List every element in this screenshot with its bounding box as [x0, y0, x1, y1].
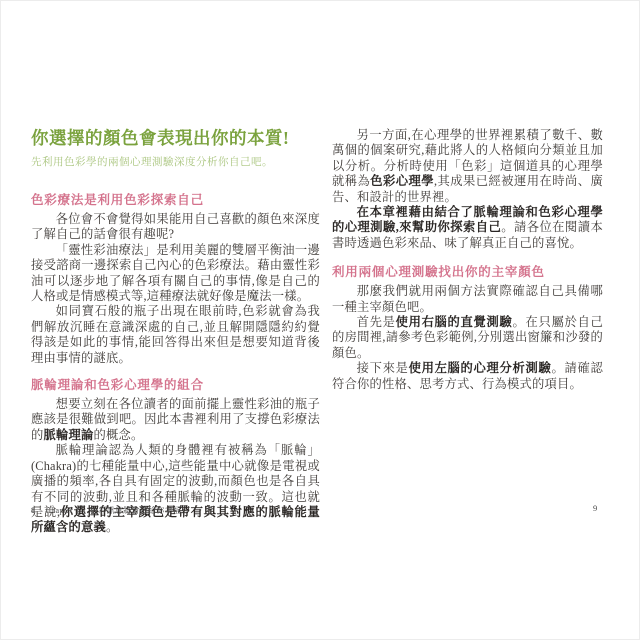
footer-page-number-right: 9	[593, 503, 597, 513]
section-heading-chakra: 脈輪理論和色彩心理學的組合	[31, 377, 320, 393]
page-title: 你選擇的顏色會表現出你的本質!	[31, 127, 320, 149]
footer-chapter-label: Chapter 1	[46, 506, 80, 515]
body-paragraph: 想要立刻在各位讀者的面前擺上靈性彩油的瓶子應該是很難做到吧。因此本書裡利用了支撐…	[31, 397, 320, 443]
body-paragraph: 如同寶石般的瓶子出現在眼前時,色彩就會為我們解放沉睡在意識深處的自己,並且解開隱…	[31, 304, 320, 366]
page-subtitle: 先利用色彩學的兩個心理測驗深度分析你自己吧。	[31, 156, 320, 169]
body-paragraph: 那麼我們就用兩個方法實際確認自己具備哪一種主宰顏色吧。	[332, 284, 603, 315]
body-paragraph: 「靈性彩油療法」是利用美麗的雙層平衡油一邊接受諮商一邊探索自己內心的色彩療法。藉…	[31, 243, 320, 305]
section-heading-color-therapy: 色彩療法是利用色彩探索自己	[31, 192, 320, 208]
left-page-footer: 8 Chapter 1 色彩訊息將會帶給你幸福!	[31, 505, 184, 516]
footer-chapter-title: 色彩訊息將會帶給你幸福!	[90, 506, 184, 515]
left-page: 你選擇的顏色會表現出你的本質! 先利用色彩學的兩個心理測驗深度分析你自己吧。 色…	[31, 127, 320, 536]
body-paragraph: 各位會不會覺得如果能用自己喜歡的顏色來深度了解自己的話會很有趣呢?	[31, 212, 320, 243]
section-heading-two-tests: 利用兩個心理測驗找出你的主宰顏色	[332, 264, 603, 280]
body-paragraph: 首先是使用右腦的直覺測驗。在只屬於自己的房間裡,請參考色彩範例,分別選出窗簾和沙…	[332, 315, 603, 361]
body-paragraph: 脈輪理論認為人類的身體裡有被稱為「脈輪」(Chakra)的七種能量中心,這些能量…	[31, 443, 320, 535]
right-page: 另一方面,在心理學的世界裡累積了數千、數萬個的個案研究,藉此將人的人格傾向分類並…	[332, 128, 603, 392]
body-paragraph: 接下來是使用左腦的心理分析測驗。請確認符合你的性格、思考方式、行為模式的項目。	[332, 361, 603, 392]
body-paragraph: 在本章裡藉由結合了脈輪理論和色彩心理學的心理測驗,來幫助你探索自己。請各位在閱讀…	[332, 205, 603, 251]
book-spread: { "colors": { "title_green": "#7aa23d", …	[0, 0, 640, 640]
body-paragraph: 另一方面,在心理學的世界裡累積了數千、數萬個的個案研究,藉此將人的人格傾向分類並…	[332, 128, 603, 205]
footer-page-number-left: 8	[31, 506, 35, 515]
